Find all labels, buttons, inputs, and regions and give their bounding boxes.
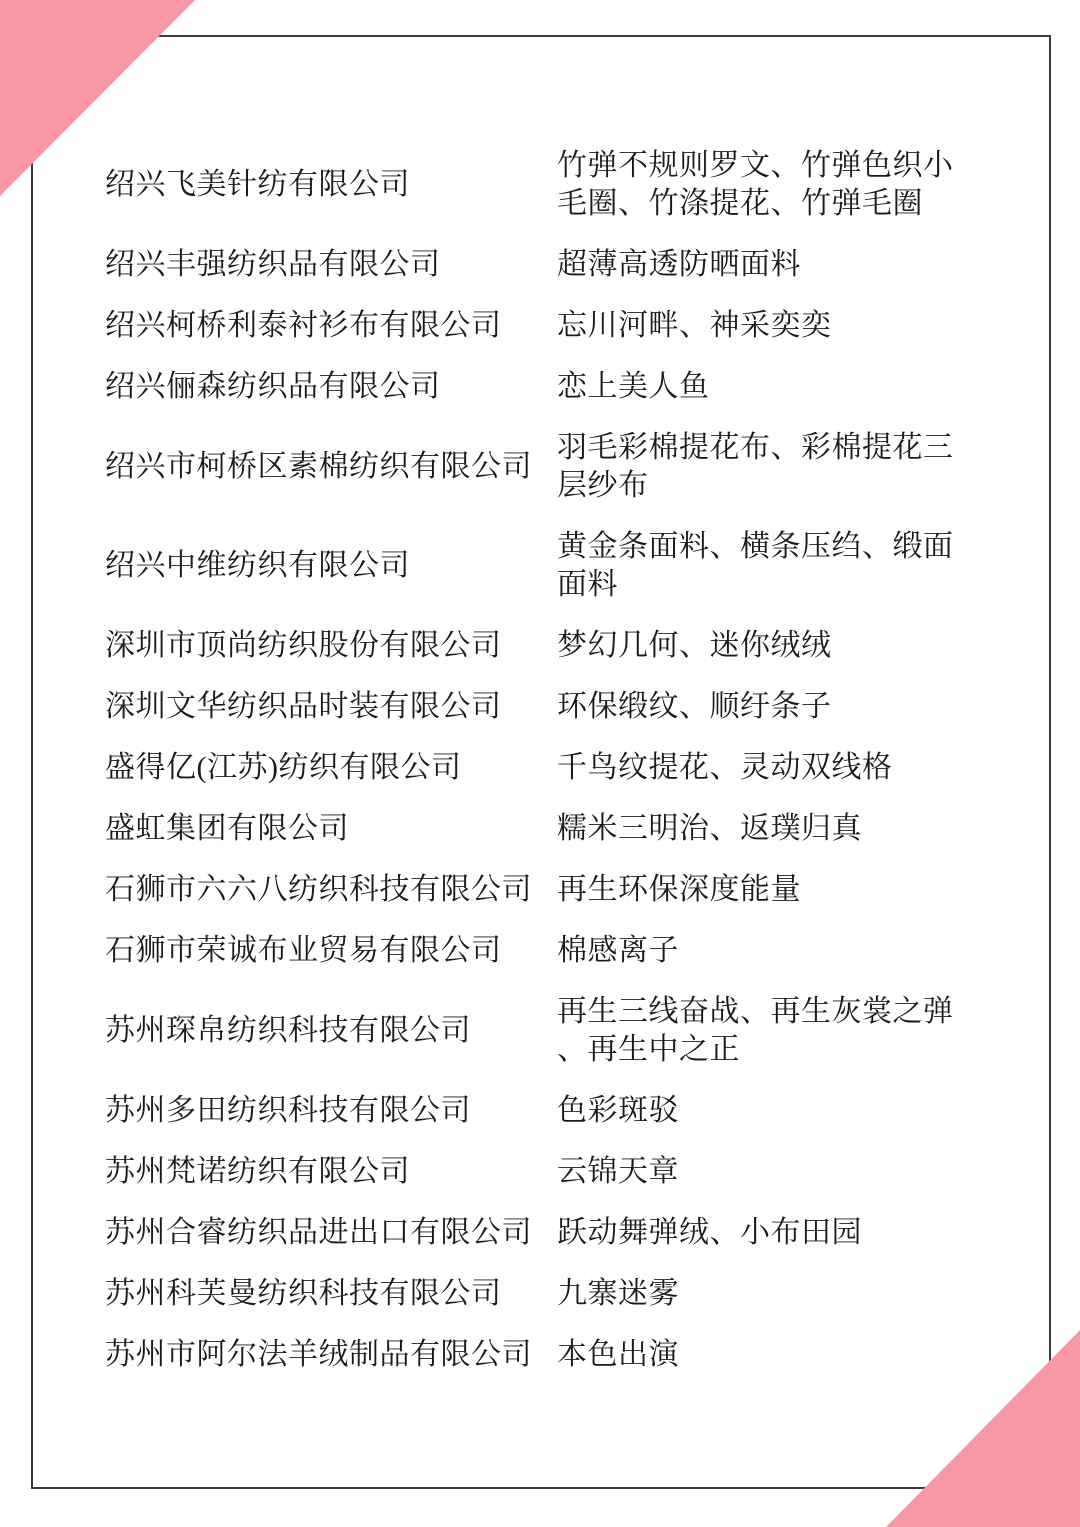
product-names: 羽毛彩棉提花布、彩棉提花三层纱布: [557, 429, 965, 505]
product-names: 色彩斑驳: [557, 1092, 965, 1130]
product-names: 忘川河畔、神采奕奕: [557, 307, 965, 345]
product-names: 再生三线奋战、再生灰裳之弹、再生中之正: [557, 993, 965, 1069]
product-names: 黄金条面料、横条压绉、缎面面料: [557, 528, 965, 604]
product-names: 本色出演: [557, 1336, 965, 1374]
company-name: 苏州合睿纺织品进出口有限公司: [105, 1214, 557, 1252]
table-row: 苏州科芙曼纺织科技有限公司九寨迷雾: [105, 1275, 985, 1313]
product-names: 梦幻几何、迷你绒绒: [557, 627, 965, 665]
company-name: 苏州梵诺纺织有限公司: [105, 1153, 557, 1191]
company-name: 深圳市顶尚纺织股份有限公司: [105, 627, 557, 665]
table-row: 绍兴市柯桥区素棉纺织有限公司羽毛彩棉提花布、彩棉提花三层纱布: [105, 429, 985, 505]
table-row: 盛得亿(江苏)纺织有限公司千鸟纹提花、灵动双线格: [105, 749, 985, 787]
company-name: 苏州市阿尔法羊绒制品有限公司: [105, 1336, 557, 1374]
product-names: 超薄高透防晒面料: [557, 246, 965, 284]
company-product-table: 绍兴飞美针纺有限公司竹弹不规则罗文、竹弹色织小毛圈、竹涤提花、竹弹毛圈绍兴丰强纺…: [105, 147, 985, 1374]
product-names: 千鸟纹提花、灵动双线格: [557, 749, 965, 787]
product-names: 跃动舞弹绒、小布田园: [557, 1214, 965, 1252]
table-row: 深圳文华纺织品时装有限公司环保缎纹、顺纡条子: [105, 688, 985, 726]
product-names: 再生环保深度能量: [557, 871, 965, 909]
table-row: 绍兴飞美针纺有限公司竹弹不规则罗文、竹弹色织小毛圈、竹涤提花、竹弹毛圈: [105, 147, 985, 223]
company-name: 苏州琛帛纺织科技有限公司: [105, 1012, 557, 1050]
product-names: 竹弹不规则罗文、竹弹色织小毛圈、竹涤提花、竹弹毛圈: [557, 147, 965, 223]
company-name: 盛虹集团有限公司: [105, 810, 557, 848]
table-row: 苏州合睿纺织品进出口有限公司跃动舞弹绒、小布田园: [105, 1214, 985, 1252]
table-row: 石狮市六六八纺织科技有限公司再生环保深度能量: [105, 871, 985, 909]
company-name: 绍兴中维纺织有限公司: [105, 547, 557, 585]
company-name: 绍兴柯桥利泰衬衫布有限公司: [105, 307, 557, 345]
table-row: 苏州琛帛纺织科技有限公司再生三线奋战、再生灰裳之弹、再生中之正: [105, 993, 985, 1069]
company-name: 盛得亿(江苏)纺织有限公司: [105, 749, 557, 787]
table-row: 绍兴柯桥利泰衬衫布有限公司忘川河畔、神采奕奕: [105, 307, 985, 345]
table-row: 苏州市阿尔法羊绒制品有限公司本色出演: [105, 1336, 985, 1374]
table-row: 绍兴丰强纺织品有限公司超薄高透防晒面料: [105, 246, 985, 284]
product-names: 糯米三明治、返璞归真: [557, 810, 965, 848]
table-row: 深圳市顶尚纺织股份有限公司梦幻几何、迷你绒绒: [105, 627, 985, 665]
product-names: 棉感离子: [557, 932, 965, 970]
company-name: 绍兴丰强纺织品有限公司: [105, 246, 557, 284]
product-names: 恋上美人鱼: [557, 368, 965, 406]
company-name: 绍兴飞美针纺有限公司: [105, 166, 557, 204]
table-row: 绍兴中维纺织有限公司黄金条面料、横条压绉、缎面面料: [105, 528, 985, 604]
company-name: 石狮市荣诚布业贸易有限公司: [105, 932, 557, 970]
company-name: 绍兴市柯桥区素棉纺织有限公司: [105, 448, 557, 486]
product-names: 云锦天章: [557, 1153, 965, 1191]
product-names: 环保缎纹、顺纡条子: [557, 688, 965, 726]
table-row: 苏州多田纺织科技有限公司色彩斑驳: [105, 1092, 985, 1130]
company-name: 苏州科芙曼纺织科技有限公司: [105, 1275, 557, 1313]
company-name: 绍兴俪森纺织品有限公司: [105, 368, 557, 406]
document-page: 绍兴飞美针纺有限公司竹弹不规则罗文、竹弹色织小毛圈、竹涤提花、竹弹毛圈绍兴丰强纺…: [0, 0, 1080, 1527]
company-name: 苏州多田纺织科技有限公司: [105, 1092, 557, 1130]
table-row: 石狮市荣诚布业贸易有限公司棉感离子: [105, 932, 985, 970]
company-name: 深圳文华纺织品时装有限公司: [105, 688, 557, 726]
company-name: 石狮市六六八纺织科技有限公司: [105, 871, 557, 909]
table-row: 盛虹集团有限公司糯米三明治、返璞归真: [105, 810, 985, 848]
table-row: 绍兴俪森纺织品有限公司恋上美人鱼: [105, 368, 985, 406]
product-names: 九寨迷雾: [557, 1275, 965, 1313]
table-row: 苏州梵诺纺织有限公司云锦天章: [105, 1153, 985, 1191]
